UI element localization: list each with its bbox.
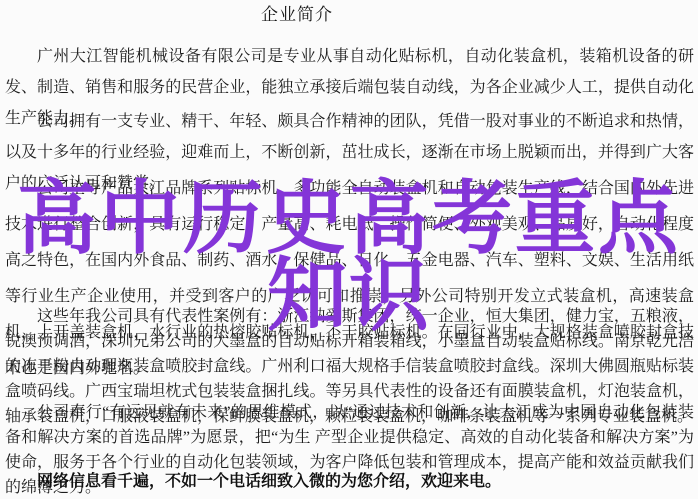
document-page: 企业简介 广州大江智能机械设备有限公司是专业从事自动化贴标机，自动化装盒机，装箱…: [0, 0, 698, 499]
paragraph-contact-call-to-action: 网络信息看千遍，不如一个电话细致入微的为您介绍，欢迎来电。: [5, 469, 694, 494]
document-title: 企业简介: [0, 4, 698, 26]
